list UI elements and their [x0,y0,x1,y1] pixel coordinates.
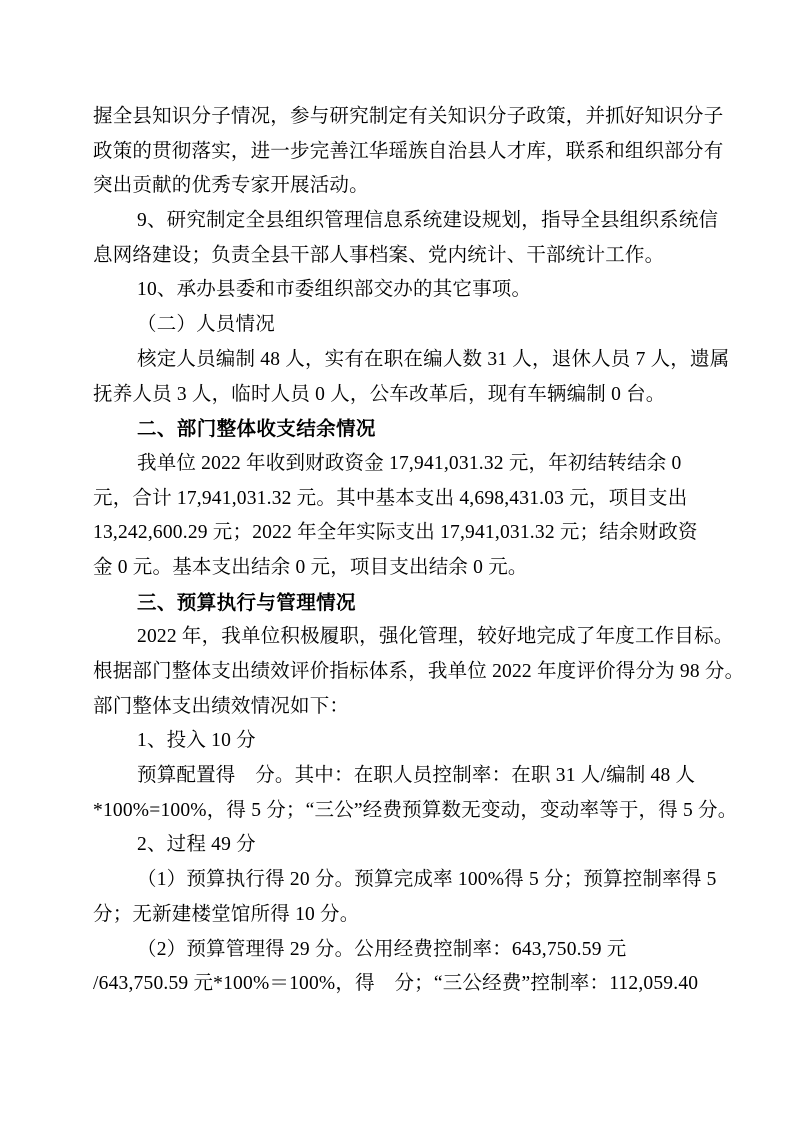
text-line: 预算配置得 分。其中：在职人员控制率：在职 31 人/编制 48 人 [93,759,733,794]
text-line: /643,750.59 元*100%＝100%，得 分；“三公经费”控制率：11… [93,967,733,1002]
text-line: 2、过程 49 分 [93,828,733,863]
text-line: 元，合计 17,941,031.32 元。其中基本支出 4,698,431.03… [93,482,733,517]
section-heading: 二、部门整体收支结余情况 [93,412,733,447]
text-line: 金 0 元。基本支出结余 0 元，项目支出结余 0 元。 [93,551,733,586]
text-line: 2022 年，我单位积极履职，强化管理，较好地完成了年度工作目标。 [93,620,733,655]
text-line: 核定人员编制 48 人，实有在职在编人数 31 人，退休人员 7 人，遗属 [93,343,733,378]
text-line: 部门整体支出绩效情况如下： [93,690,733,725]
text-line: （2）预算管理得 29 分。公用经费控制率：643,750.59 元 [93,933,733,968]
document-page: 握全县知识分子情况，参与研究制定有关知识分子政策，并抓好知识分子政策的贯彻落实，… [0,0,793,1122]
text-line: 分；无新建楼堂馆所得 10 分。 [93,898,733,933]
text-line: 政策的贯彻落实，进一步完善江华瑶族自治县人才库，联系和组织部分有 [93,135,733,170]
text-line: 9、研究制定全县组织管理信息系统建设规划，指导全县组织系统信 [93,204,733,239]
text-line: *100%=100%，得 5 分；“三公”经费预算数无变动，变动率等于，得 5 … [93,794,733,829]
text-line: 抚养人员 3 人，临时人员 0 人，公车改革后，现有车辆编制 0 台。 [93,378,733,413]
text-line: 突出贡献的优秀专家开展活动。 [93,169,733,204]
text-line: 13,242,600.29 元；2022 年全年实际支出 17,941,031.… [93,516,733,551]
text-line: 1、投入 10 分 [93,724,733,759]
section-heading: 三、预算执行与管理情况 [93,586,733,621]
document-content: 握全县知识分子情况，参与研究制定有关知识分子政策，并抓好知识分子政策的贯彻落实，… [93,100,733,1002]
text-line: 根据部门整体支出绩效评价指标体系，我单位 2022 年度评价得分为 98 分。 [93,655,733,690]
text-line: 10、承办县委和市委组织部交办的其它事项。 [93,273,733,308]
text-line: （二）人员情况 [93,308,733,343]
text-line: （1）预算执行得 20 分。预算完成率 100%得 5 分；预算控制率得 5 [93,863,733,898]
text-line: 息网络建设；负责全县干部人事档案、党内统计、干部统计工作。 [93,239,733,274]
text-line: 我单位 2022 年收到财政资金 17,941,031.32 元，年初结转结余 … [93,447,733,482]
text-line: 握全县知识分子情况，参与研究制定有关知识分子政策，并抓好知识分子 [93,100,733,135]
